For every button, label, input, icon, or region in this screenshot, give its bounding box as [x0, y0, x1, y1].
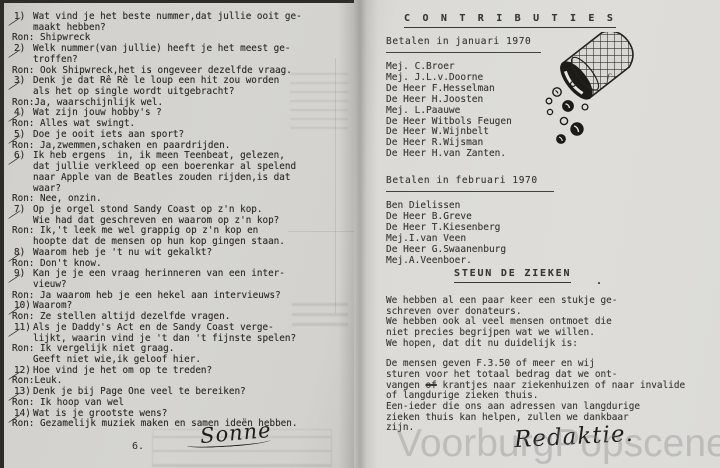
interview-text-block: 1)Wat vind je het beste nummer,dat julli… — [4, 12, 350, 430]
question-number: 1) — [14, 12, 25, 23]
line-text: Ron: Ik vergelijk niet graag. — [12, 343, 174, 354]
line-text: Ron: Nee, onzin. — [12, 193, 102, 204]
question-number: 9) — [14, 269, 25, 280]
contributor-name: Mej.A.Veenboer. — [386, 256, 506, 267]
handwritten-signature-redaktie: Redaktie. — [513, 421, 634, 453]
text-segment: krantjes naar ziekenhuizen of naar inval… — [437, 380, 685, 391]
steun-line: zieken thuis kan helpen, zullen we dankb… — [386, 413, 685, 424]
january-names-list: Mej. C.BroerMej. J.L.v.DoorneDe Heer F.H… — [386, 62, 512, 160]
question-number: 11) — [14, 323, 31, 334]
question-number: 7) — [14, 205, 25, 216]
question-number: 3) — [14, 76, 25, 87]
line-text: Wat is je grootste wens? — [33, 408, 167, 419]
line-text: Ron:Leuk. — [12, 375, 62, 386]
line-text: Wat vind je het beste nummer,dat jullie … — [33, 11, 302, 22]
contributor-name: De Heer G.Swaanenburg — [386, 245, 506, 256]
contributor-name: Mej. L.Paauwe — [386, 106, 512, 117]
text-segment: sturen voor het totaal bedrag dat we ont… — [386, 369, 617, 380]
line-text: Denk je dat Rê Rè le loup een hit zou wo… — [33, 75, 279, 86]
question-number: 2) — [14, 44, 25, 55]
steun-paragraph-2: De mensen geven F.3.50 of meer en wijstu… — [386, 359, 685, 434]
text-segment: We hebben al een paar keer een stukje ge… — [386, 295, 617, 306]
steun-de-zieken-heading: STEUN DE ZIEKEN — [454, 268, 571, 283]
contributor-name: Mej.I.van Veen — [386, 234, 506, 245]
line-text: Waarom? — [33, 300, 72, 311]
line-text: Wie had dat geschreven en waarom op z'n … — [33, 215, 279, 226]
line-text: Ron: Alles wat swingt. — [12, 118, 135, 129]
text-segment: of langdurige zieken thuis. — [386, 390, 538, 401]
text-segment: zijn. — [386, 422, 414, 433]
line-text: Kan je je een vraag herinneren van een i… — [33, 268, 285, 279]
line-text: Denk je bij Page One veel te bereiken? — [33, 386, 246, 397]
line-text: Wat zijn jouw hobby's ? — [33, 107, 162, 118]
line-text: Ron: Don't know. — [12, 258, 102, 269]
line-text: waar? — [33, 183, 61, 194]
contributions-title: C O N T R I B U T I E S — [404, 13, 616, 28]
line-text: Ron:Ja, waarschijnlijk wel. — [12, 97, 163, 108]
text-segment: We hopen, dat dit nu duidelijk is: — [386, 338, 578, 349]
line-text: Ron: Ja,zwemmen,schaken en paardrijden. — [12, 140, 230, 151]
line-text: dat jullie verkleed op een boerenkar al … — [33, 161, 296, 172]
line-text: maakt hebben? — [33, 22, 106, 33]
line-text: Welk nummer(van jullie) heeft je het mee… — [33, 43, 290, 54]
struck-word: of — [426, 380, 437, 391]
handwritten-signature-sonne: Sonne — [199, 418, 272, 448]
line-text: als het op single wordt uitgebracht? — [33, 86, 235, 97]
text-segment: vangen — [386, 380, 426, 391]
text-segment: We hebben ook al veel mensen ontmoet die — [386, 316, 612, 327]
coins-basket-illustration: ƒ — [544, 32, 644, 158]
line-text: Op je orgel stond Sandy Coast op z'n kop… — [33, 204, 263, 215]
february-heading: Betalen in februari 1970 — [386, 175, 554, 192]
line-text: Ron: Shipwreck — [12, 32, 90, 43]
text-segment: Een-ieder die ons aan adressen van langd… — [386, 401, 640, 412]
line-text: Ron: Ik,'t leek me wel grappig op z'n ko… — [12, 225, 258, 236]
contributor-name: De Heer H.van Zanten. — [386, 149, 512, 160]
line-text: Als je Daddy's Act en de Sandy Coast ver… — [33, 322, 274, 333]
interview-answer-line: Ron: Gezamelijk muziek maken en samen id… — [4, 419, 350, 430]
line-text: Doe je ooit iets aan sport? — [33, 129, 184, 140]
line-text: Ron: Ik hoop van wel — [12, 397, 124, 408]
line-text: vieuw? — [33, 279, 67, 290]
question-number: 6) — [14, 151, 25, 162]
steun-paragraph-1: We hebben al een paar keer een stukje ge… — [386, 296, 685, 349]
line-text: Ron: Ja waarom heb je een hekel aan inte… — [12, 290, 281, 301]
line-text: Waarom heb je 't nu wit gekalkt? — [33, 247, 212, 258]
right-page: C O N T R I B U T I E S Betalen in janua… — [354, 0, 720, 468]
line-text: hoopte dat de mensen op hun kop gingen s… — [33, 236, 285, 247]
steun-line: We hopen, dat dit nu duidelijk is: — [386, 339, 685, 350]
steun-paragraphs: We hebben al een paar keer een stukje ge… — [386, 296, 685, 434]
text-segment: zieken thuis kan helpen, zullen we dankb… — [386, 412, 629, 423]
text-segment: schreven over donateurs. — [386, 306, 521, 317]
text-segment: De mensen geven F.3.50 of meer en wij — [386, 358, 595, 369]
february-names-list: Ben DielissenDe Heer B.GreveDe Heer T.Ki… — [386, 201, 506, 266]
line-text: Geeft niet wie,ik geloof hier. — [33, 354, 201, 365]
line-text: lijkt, waarin vind je 't dan 't fijnste … — [33, 333, 296, 344]
left-page: 1)Wat vind je het beste nummer,dat julli… — [4, 3, 354, 468]
basket — [555, 32, 641, 104]
january-heading: Betalen in januari 1970 — [386, 36, 541, 53]
line-text: Hoe vind je het om op te treden? — [33, 365, 212, 376]
contributor-name: De Heer H.Joosten — [386, 95, 512, 106]
line-text: troffen? — [33, 54, 78, 65]
line-text: Ik heb ergens in, ik meen Teenbeat, gele… — [33, 150, 285, 161]
line-text: naar Apple van de Beatles zouden rijden,… — [33, 172, 290, 183]
steun-heading-period: . — [596, 276, 602, 287]
text-segment: niet precies begrijpen wat we willen. — [386, 327, 595, 338]
line-text: Ron: Ook Shipwreck,het is ongeveer dezel… — [12, 65, 292, 76]
page-number: 6. — [132, 441, 144, 452]
line-text: Ron: Ze stellen altijd dezelfde vragen. — [12, 311, 230, 322]
